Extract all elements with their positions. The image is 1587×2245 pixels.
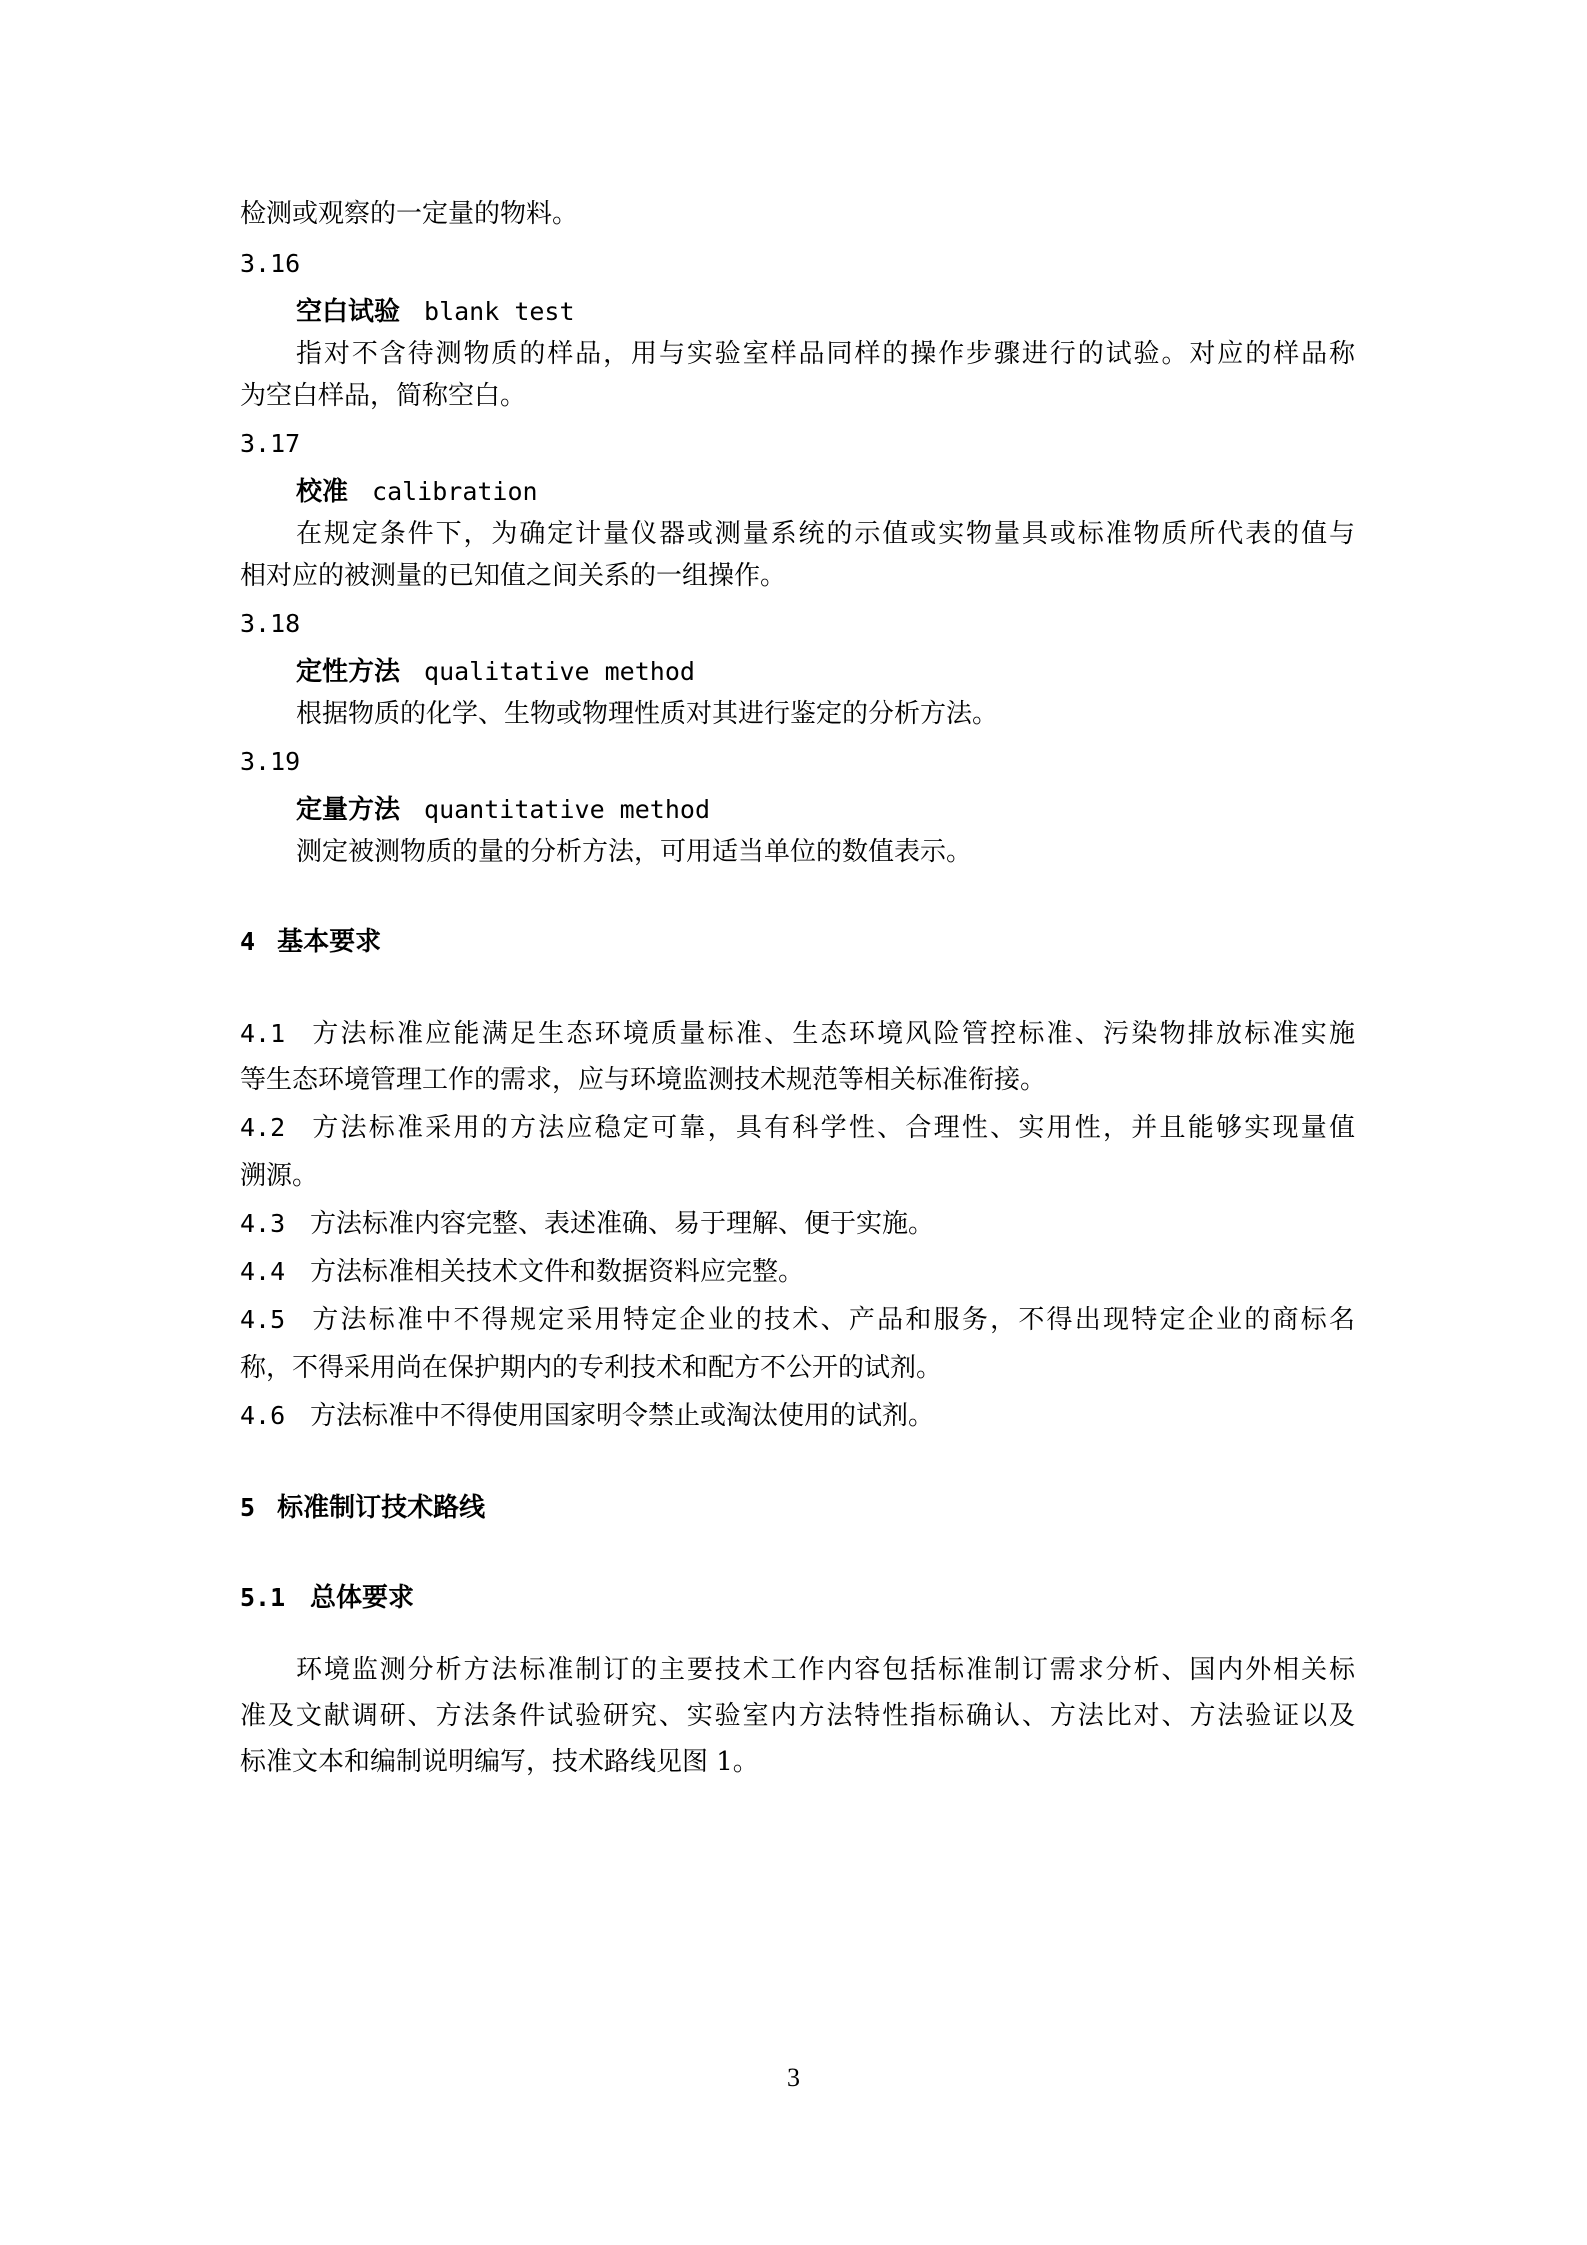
clause-line: 4.2方法标准采用的方法应稳定可靠，具有科学性、合理性、实用性，并且能够实现量值: [240, 1112, 1355, 1144]
term-en: calibration: [372, 477, 538, 506]
clause-number: 4.2: [240, 1112, 310, 1144]
section-number: 5: [240, 1493, 255, 1522]
section-heading: 5标准制订技术路线: [240, 1492, 485, 1524]
term-heading: 校准calibration: [296, 476, 538, 508]
term-zh: 定量方法: [296, 795, 400, 825]
term-heading: 空白试验blank test: [296, 296, 575, 328]
clause-line: 称，不得采用尚在保护期内的专利技术和配方不公开的试剂。: [240, 1352, 942, 1384]
clause-line: 等生态环境管理工作的需求，应与环境监测技术规范等相关标准衔接。: [240, 1064, 1046, 1096]
clause-text: 方法标准中不得规定采用特定企业的技术、产品和服务，不得出现特定企业的商标名: [310, 1305, 1355, 1335]
section-heading: 4基本要求: [240, 926, 381, 958]
clause-line: 4.3方法标准内容完整、表述准确、易于理解、便于实施。: [240, 1208, 934, 1240]
section-number: 4: [240, 927, 255, 956]
clause-line: 4.5方法标准中不得规定采用特定企业的技术、产品和服务，不得出现特定企业的商标名: [240, 1304, 1355, 1336]
document-page: 检测或观察的一定量的物料。 3.16 空白试验blank test 指对不含待测…: [0, 0, 1587, 2245]
term-en: quantitative method: [424, 795, 710, 824]
section-title: 标准制订技术路线: [277, 1493, 485, 1523]
clause-text: 方法标准应能满足生态环境质量标准、生态环境风险管控标准、污染物排放标准实施: [310, 1019, 1355, 1049]
term-zh: 空白试验: [296, 297, 400, 327]
paragraph-line: 标准文本和编制说明编写，技术路线见图 1。: [240, 1746, 759, 1778]
term-en: blank test: [424, 297, 575, 326]
term-number: 3.16: [240, 248, 300, 280]
term-number: 3.17: [240, 428, 300, 460]
definition-line: 指对不含待测物质的样品，用与实验室样品同样的操作步骤进行的试验。对应的样品称: [296, 338, 1355, 370]
definition-line: 相对应的被测量的已知值之间关系的一组操作。: [240, 560, 786, 592]
term-number: 3.19: [240, 746, 300, 778]
paragraph-line: 环境监测分析方法标准制订的主要技术工作内容包括标准制订需求分析、国内外相关标: [296, 1654, 1355, 1686]
term-heading: 定量方法quantitative method: [296, 794, 710, 826]
paragraph-line: 准及文献调研、方法条件试验研究、实验室内方法特性指标确认、方法比对、方法验证以及: [240, 1700, 1355, 1732]
term-en: qualitative method: [424, 657, 695, 686]
clause-number: 4.1: [240, 1018, 310, 1050]
page-number: 3: [0, 2063, 1587, 2093]
clause-line: 4.4方法标准相关技术文件和数据资料应完整。: [240, 1256, 804, 1288]
clause-line: 4.1方法标准应能满足生态环境质量标准、生态环境风险管控标准、污染物排放标准实施: [240, 1018, 1355, 1050]
clause-number: 4.3: [240, 1208, 310, 1240]
clause-text: 方法标准采用的方法应稳定可靠，具有科学性、合理性、实用性，并且能够实现量值: [310, 1113, 1355, 1143]
continued-text: 检测或观察的一定量的物料。: [240, 198, 578, 230]
clause-text: 方法标准相关技术文件和数据资料应完整。: [310, 1257, 804, 1287]
clause-line: 溯源。: [240, 1160, 318, 1192]
definition-line: 测定被测物质的量的分析方法，可用适当单位的数值表示。: [296, 836, 972, 868]
term-heading: 定性方法qualitative method: [296, 656, 695, 688]
clause-number: 4.6: [240, 1400, 310, 1432]
subsection-heading: 5.1总体要求: [240, 1582, 414, 1614]
clause-number: 4.5: [240, 1304, 310, 1336]
term-zh: 定性方法: [296, 657, 400, 687]
term-zh: 校准: [296, 477, 348, 507]
definition-line: 根据物质的化学、生物或物理性质对其进行鉴定的分析方法。: [296, 698, 998, 730]
subsection-title: 总体要求: [310, 1583, 414, 1613]
clause-text: 方法标准中不得使用国家明令禁止或淘汰使用的试剂。: [310, 1401, 934, 1431]
clause-number: 4.4: [240, 1256, 310, 1288]
definition-line: 在规定条件下，为确定计量仪器或测量系统的示值或实物量具或标准物质所代表的值与: [296, 518, 1355, 550]
clause-line: 4.6方法标准中不得使用国家明令禁止或淘汰使用的试剂。: [240, 1400, 934, 1432]
definition-line: 为空白样品，简称空白。: [240, 380, 526, 412]
section-title: 基本要求: [277, 927, 381, 957]
subsection-number: 5.1: [240, 1582, 310, 1614]
clause-text: 方法标准内容完整、表述准确、易于理解、便于实施。: [310, 1209, 934, 1239]
term-number: 3.18: [240, 608, 300, 640]
